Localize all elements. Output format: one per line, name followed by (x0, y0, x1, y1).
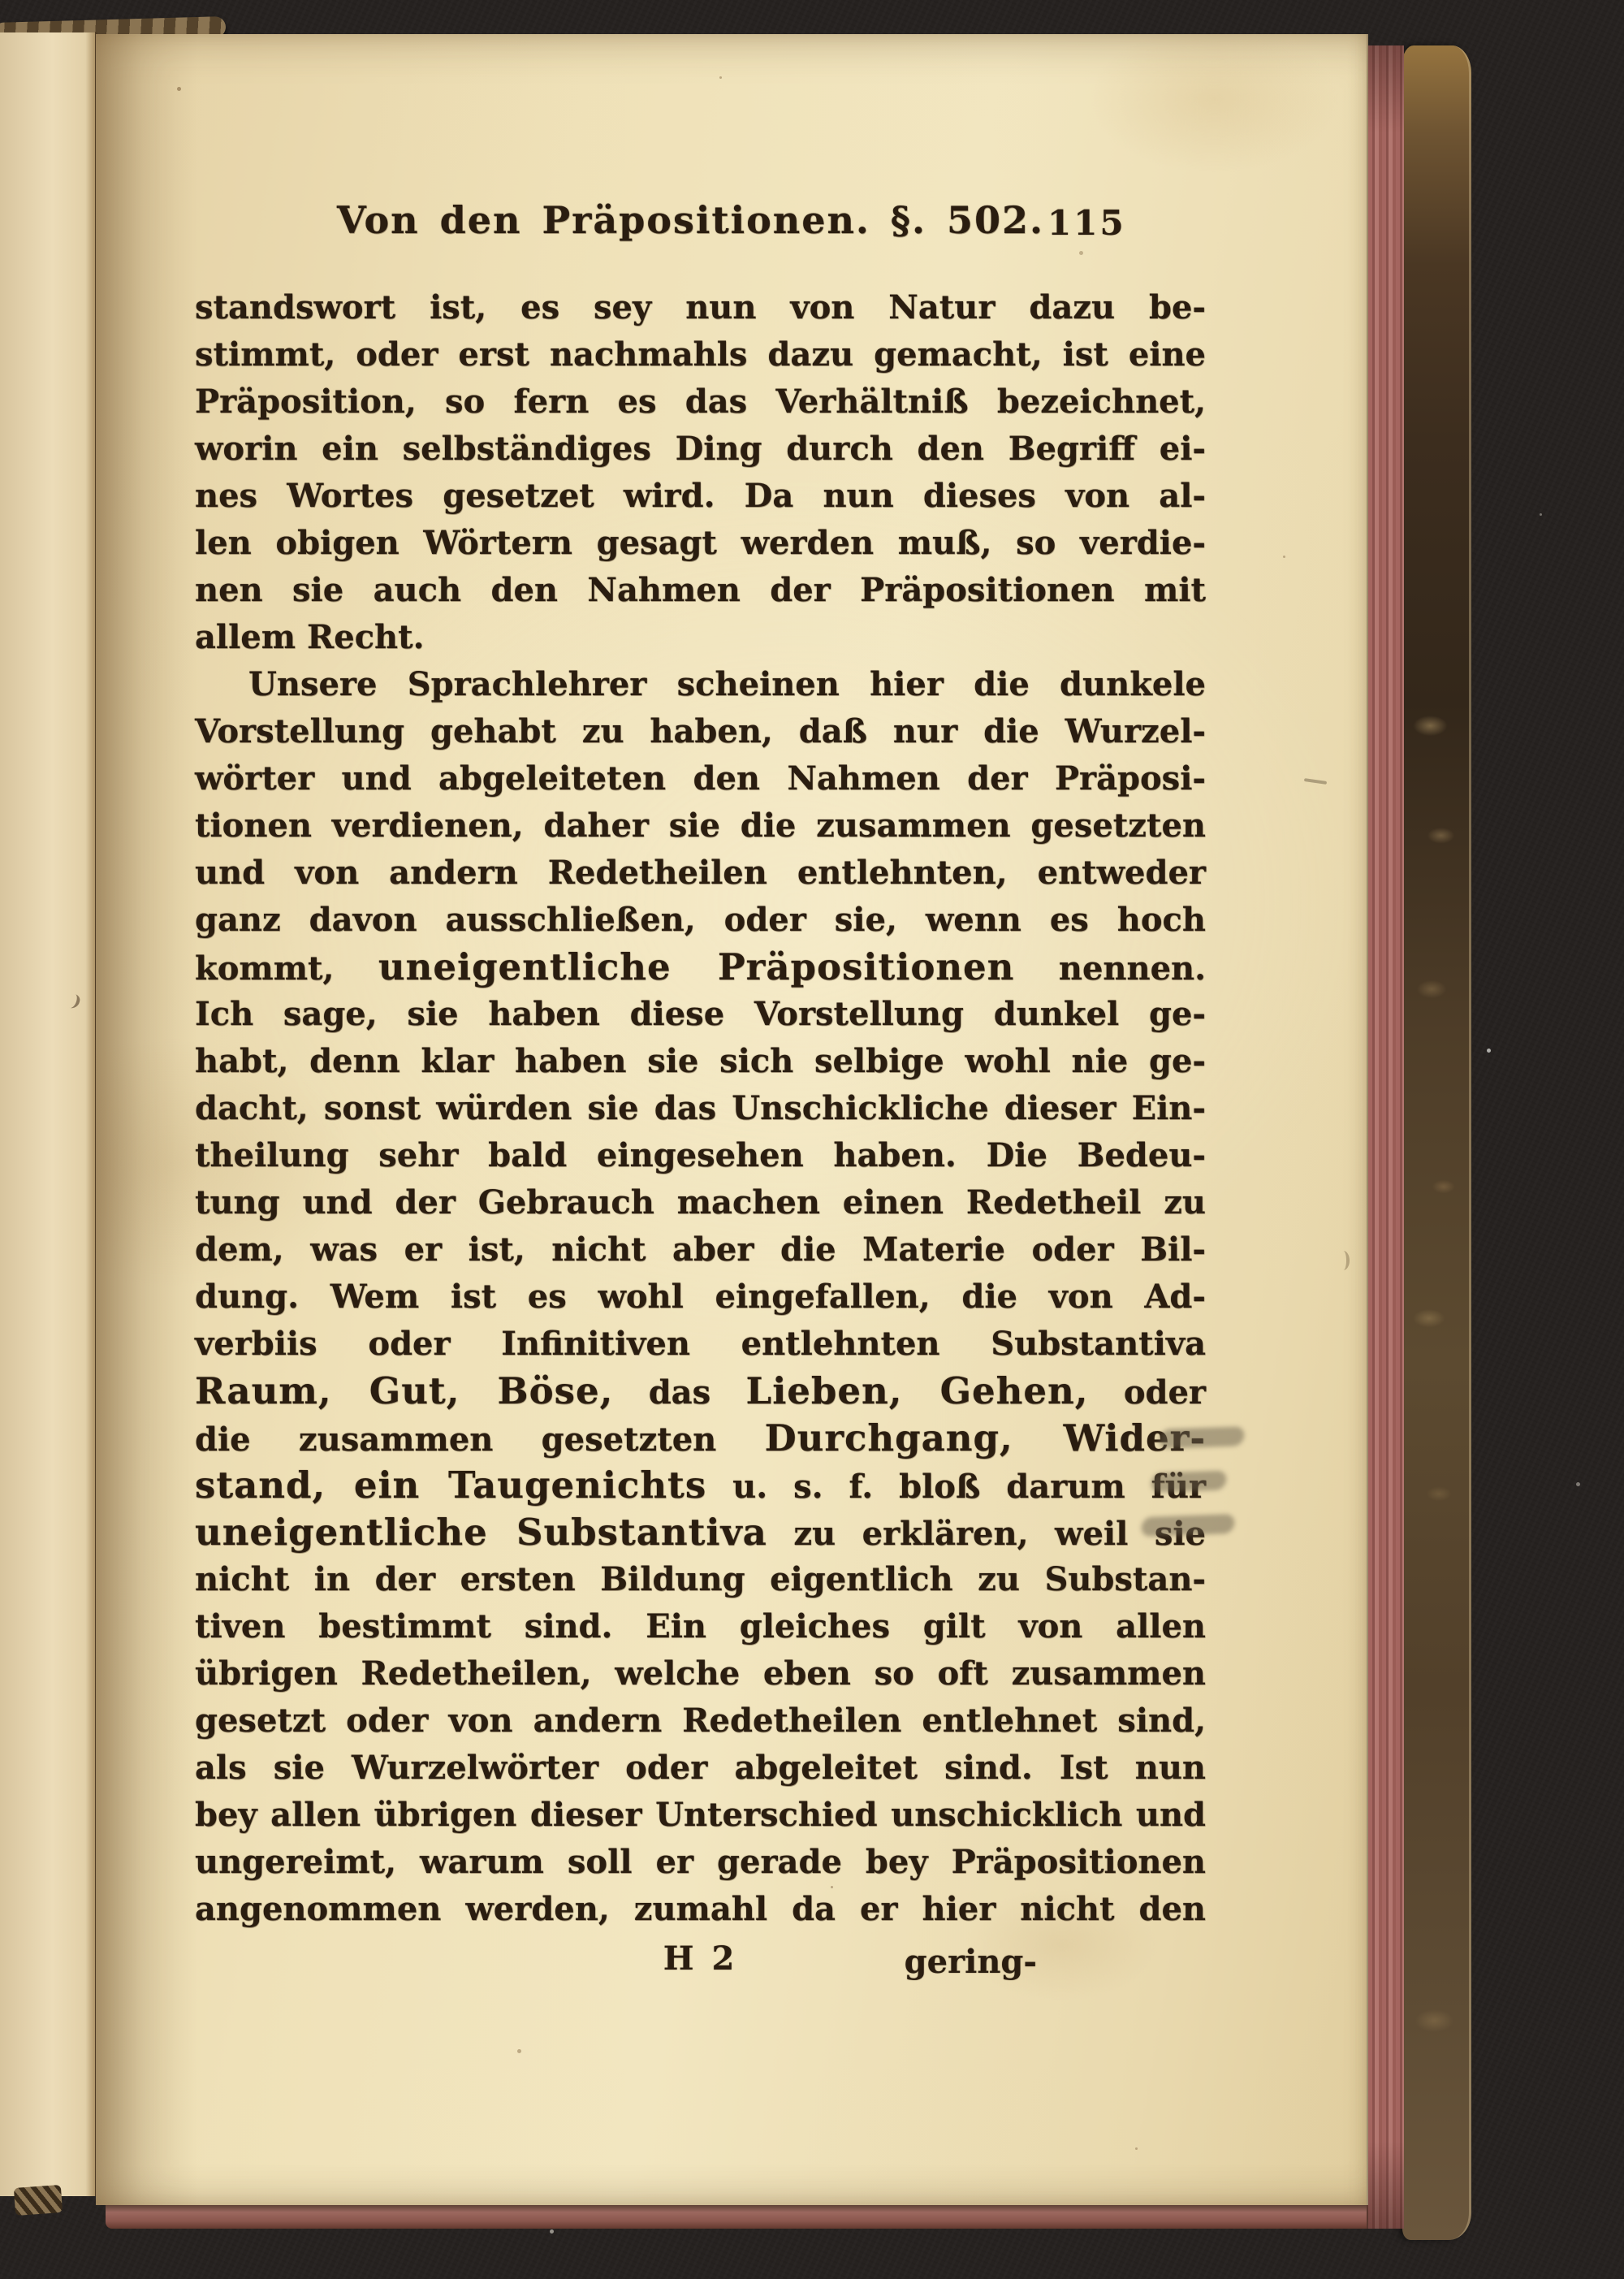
text-line: als sie Wurzelwörter oder abgeleitet sin… (195, 1745, 1206, 1792)
text-line: dem, was er ist, nicht aber die Materie … (195, 1226, 1206, 1274)
page-number: 115 (1047, 203, 1126, 243)
gutter-shadow (96, 34, 197, 2205)
ink-bleed-through (1148, 1428, 1294, 1559)
text-line: kommt, uneigentliche Präpositionen nenne… (195, 944, 1206, 991)
text-line: nicht in der ersten Bildung eigentlich z… (195, 1556, 1206, 1603)
text-line: Raum, Gut, Böse, das Lieben, Gehen, oder (195, 1368, 1206, 1415)
text-line: übrigen Redetheilen, welche eben so oft … (195, 1650, 1206, 1697)
emphasized-text: Lieben, Gehen, (746, 1369, 1089, 1412)
text-line: worin ein selbständiges Ding durch den B… (195, 426, 1206, 473)
text-line: verbiis oder Infinitiven entlehnten Subs… (195, 1321, 1206, 1368)
text-line: tung und der Gebrauch machen einen Redet… (195, 1179, 1206, 1226)
running-header: Von den Präpositionen. §. 502. (337, 198, 1044, 242)
text-line: uneigentliche Substantiva zu erklären, w… (195, 1509, 1206, 1556)
scanned-book-photo: Von den Präpositionen. §. 502. 115 stand… (0, 0, 1624, 2279)
emphasized-text: uneigentliche Präpositionen (378, 945, 1014, 988)
text-line: Unsere Sprachlehrer scheinen hier die du… (195, 661, 1206, 708)
text-line: wörter und abgeleiteten den Nahmen der P… (195, 755, 1206, 802)
emphasized-text: stand, ein Taugenichts (195, 1464, 706, 1507)
text-line: standswort ist, es sey nun von Natur daz… (195, 284, 1206, 331)
text-line: bey allen übrigen dieser Unterschied uns… (195, 1792, 1206, 1839)
text-line: nen sie auch den Nahmen der Präpositione… (195, 567, 1206, 614)
emphasized-text: Durchgang, Wider- (765, 1416, 1206, 1460)
text-line: allem Recht. (195, 614, 1206, 661)
emphasized-text: Raum, Gut, Böse, (195, 1369, 613, 1412)
text-line: stand, ein Taugenichts u. s. f. bloß dar… (195, 1462, 1206, 1509)
text-line: ganz davon ausschließen, oder sie, wenn … (195, 897, 1206, 944)
text-line: und von andern Redetheilen entlehnten, e… (195, 850, 1206, 897)
text-line: Ich sage, sie haben diese Vorstellung du… (195, 991, 1206, 1038)
pencil-mark (1338, 1251, 1350, 1270)
text-line: angenommen werden, zumahl da er hier nic… (195, 1886, 1206, 1933)
text-line: theilung sehr bald eingesehen haben. Die… (195, 1132, 1206, 1179)
text-line: stimmt, oder erst nachmahls dazu gemacht… (195, 331, 1206, 378)
adjacent-page-corner-mark (14, 2185, 63, 2216)
text-line: dung. Wem ist es wohl eingefallen, die v… (195, 1274, 1206, 1321)
text-line: Vorstellung gehabt zu haben, daß nur die… (195, 708, 1206, 755)
page-footer: H 2 gering- (195, 1940, 1206, 1987)
leather-cover-edge (1402, 45, 1471, 2240)
book-bottom-page-edges (106, 2203, 1402, 2229)
adjacent-page-edge (0, 32, 97, 2196)
text-line: gesetzt oder von andern Redetheilen entl… (195, 1697, 1206, 1745)
text-line: Präposition, so fern es das Verhältniß b… (195, 378, 1206, 426)
text-line: tionen verdienen, daher sie die zusammen… (195, 802, 1206, 850)
text-line: die zusammen gesetzten Durchgang, Wider- (195, 1415, 1206, 1462)
text-line: habt, denn klar haben sie sich selbige w… (195, 1038, 1206, 1085)
catchword: gering- (905, 1943, 1037, 1981)
body-text: standswort ist, es sey nun von Natur daz… (195, 284, 1206, 1933)
text-line: len obigen Wörtern gesagt werden muß, so… (195, 520, 1206, 567)
book-page: Von den Präpositionen. §. 502. 115 stand… (96, 34, 1368, 2205)
text-line: tiven bestimmt sind. Ein gleiches gilt v… (195, 1603, 1206, 1650)
text-line: dacht, sonst würden sie das Unschicklich… (195, 1085, 1206, 1132)
text-line: ungereimt, warum soll er gerade bey Präp… (195, 1839, 1206, 1886)
pink-fore-edge-pages (1367, 45, 1404, 2229)
pencil-mark (1304, 778, 1327, 785)
signature-mark: H 2 (195, 1940, 1206, 1978)
paper-specks (96, 34, 98, 37)
emphasized-text: uneigentliche Substantiva (195, 1511, 767, 1554)
text-line: nes Wortes gesetzet wird. Da nun dieses … (195, 473, 1206, 520)
